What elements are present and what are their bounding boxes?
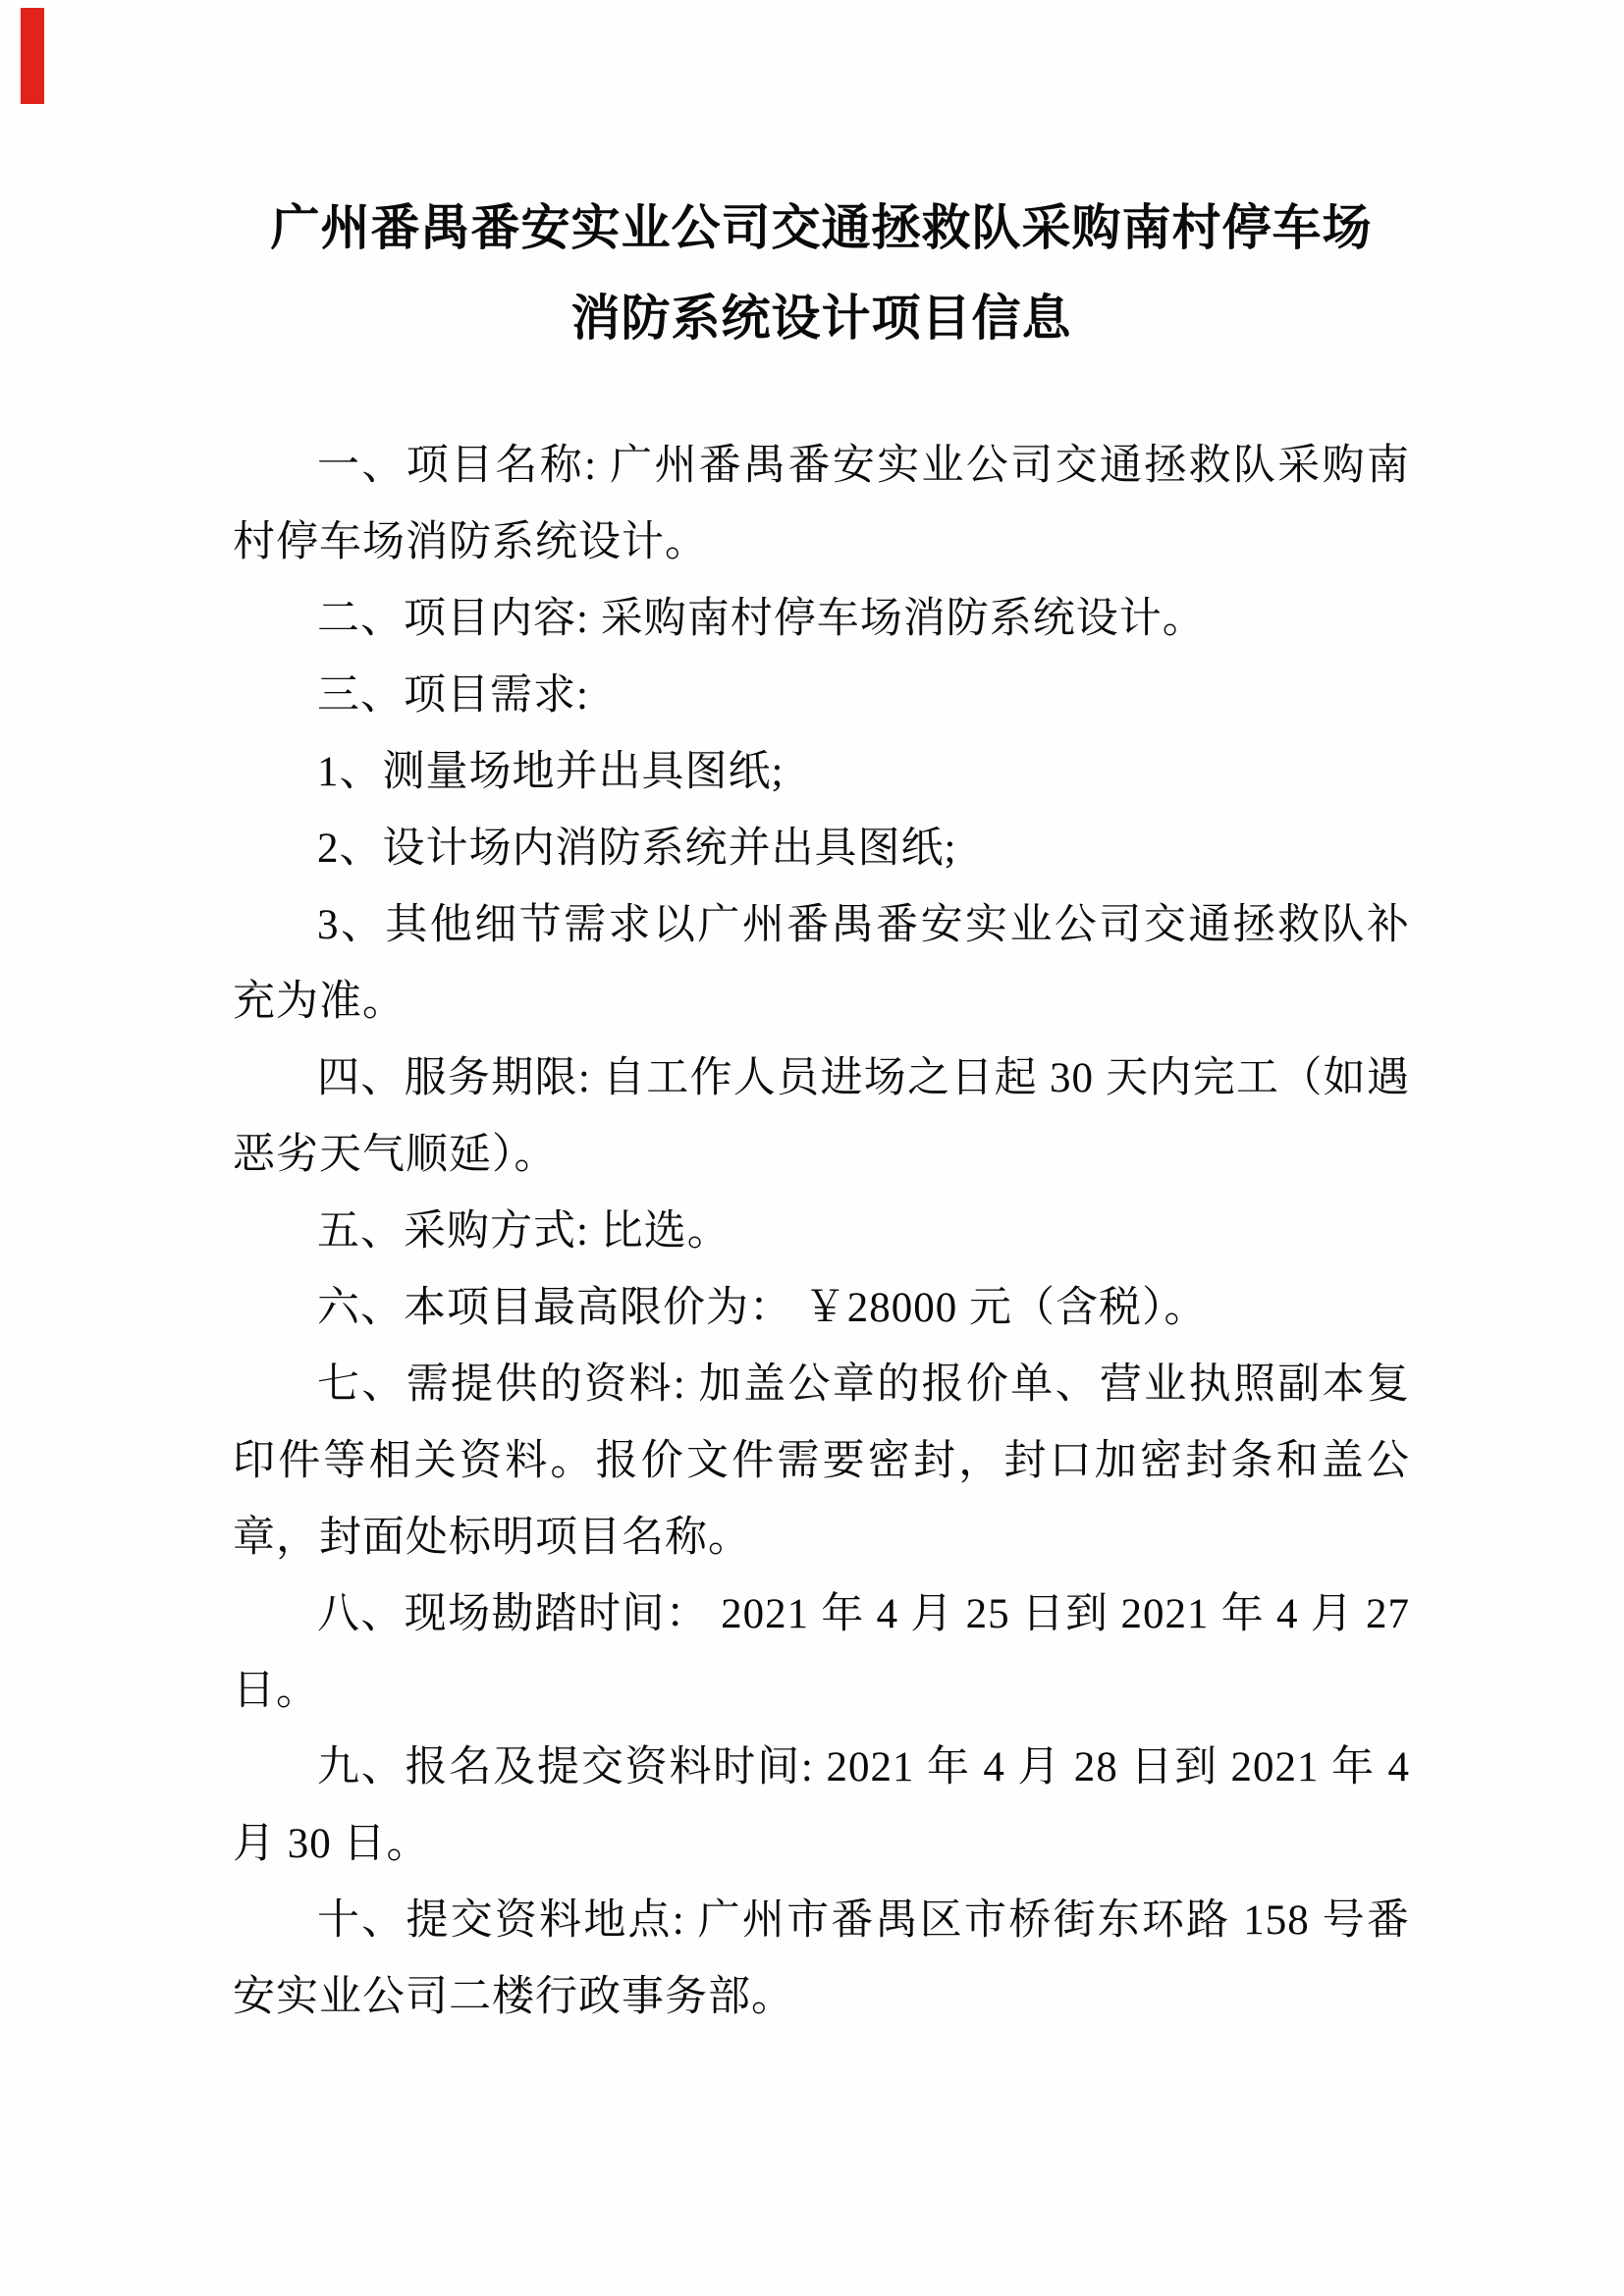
document-title: 广州番禺番安实业公司交通拯救队采购南村停车场 消防系统设计项目信息 (233, 183, 1410, 363)
document-content: 广州番禺番安实业公司交通拯救队采购南村停车场 消防系统设计项目信息 一、项目名称… (233, 183, 1410, 2036)
para-required-documents: 七、需提供的资料: 加盖公章的报价单、营业执照副本复印件等相关资料。报价文件需要… (233, 1347, 1410, 1576)
para-project-requirements-heading: 三、项目需求: (233, 658, 1410, 734)
para-site-survey-time: 八、现场勘踏时间： 2021 年 4 月 25 日到 2021 年 4 月 27… (233, 1576, 1410, 1730)
requirement-item-3: 3、其他细节需求以广州番禺番安实业公司交通拯救队补充为准。 (233, 887, 1410, 1041)
red-corner-marker (21, 8, 44, 104)
para-project-content: 二、项目内容: 采购南村停车场消防系统设计。 (233, 581, 1410, 658)
para-registration-time: 九、报名及提交资料时间: 2021 年 4 月 28 日到 2021 年 4 月… (233, 1730, 1410, 1883)
para-project-name: 一、项目名称: 广州番禺番安实业公司交通拯救队采购南村停车场消防系统设计。 (233, 428, 1410, 581)
document-page: 广州番禺番安实业公司交通拯救队采购南村停车场 消防系统设计项目信息 一、项目名称… (0, 0, 1624, 2296)
para-procurement-method: 五、采购方式: 比选。 (233, 1194, 1410, 1270)
requirement-item-1: 1、测量场地并出具图纸; (233, 734, 1410, 811)
para-submission-location: 十、提交资料地点: 广州市番禺区市桥街东环路 158 号番安实业公司二楼行政事务… (233, 1883, 1410, 2036)
para-service-period: 四、服务期限: 自工作人员进场之日起 30 天内完工（如遇恶劣天气顺延）。 (233, 1041, 1410, 1194)
requirement-item-2: 2、设计场内消防系统并出具图纸; (233, 811, 1410, 887)
para-price-limit: 六、本项目最高限价为： ￥28000 元（含税）。 (233, 1270, 1410, 1347)
